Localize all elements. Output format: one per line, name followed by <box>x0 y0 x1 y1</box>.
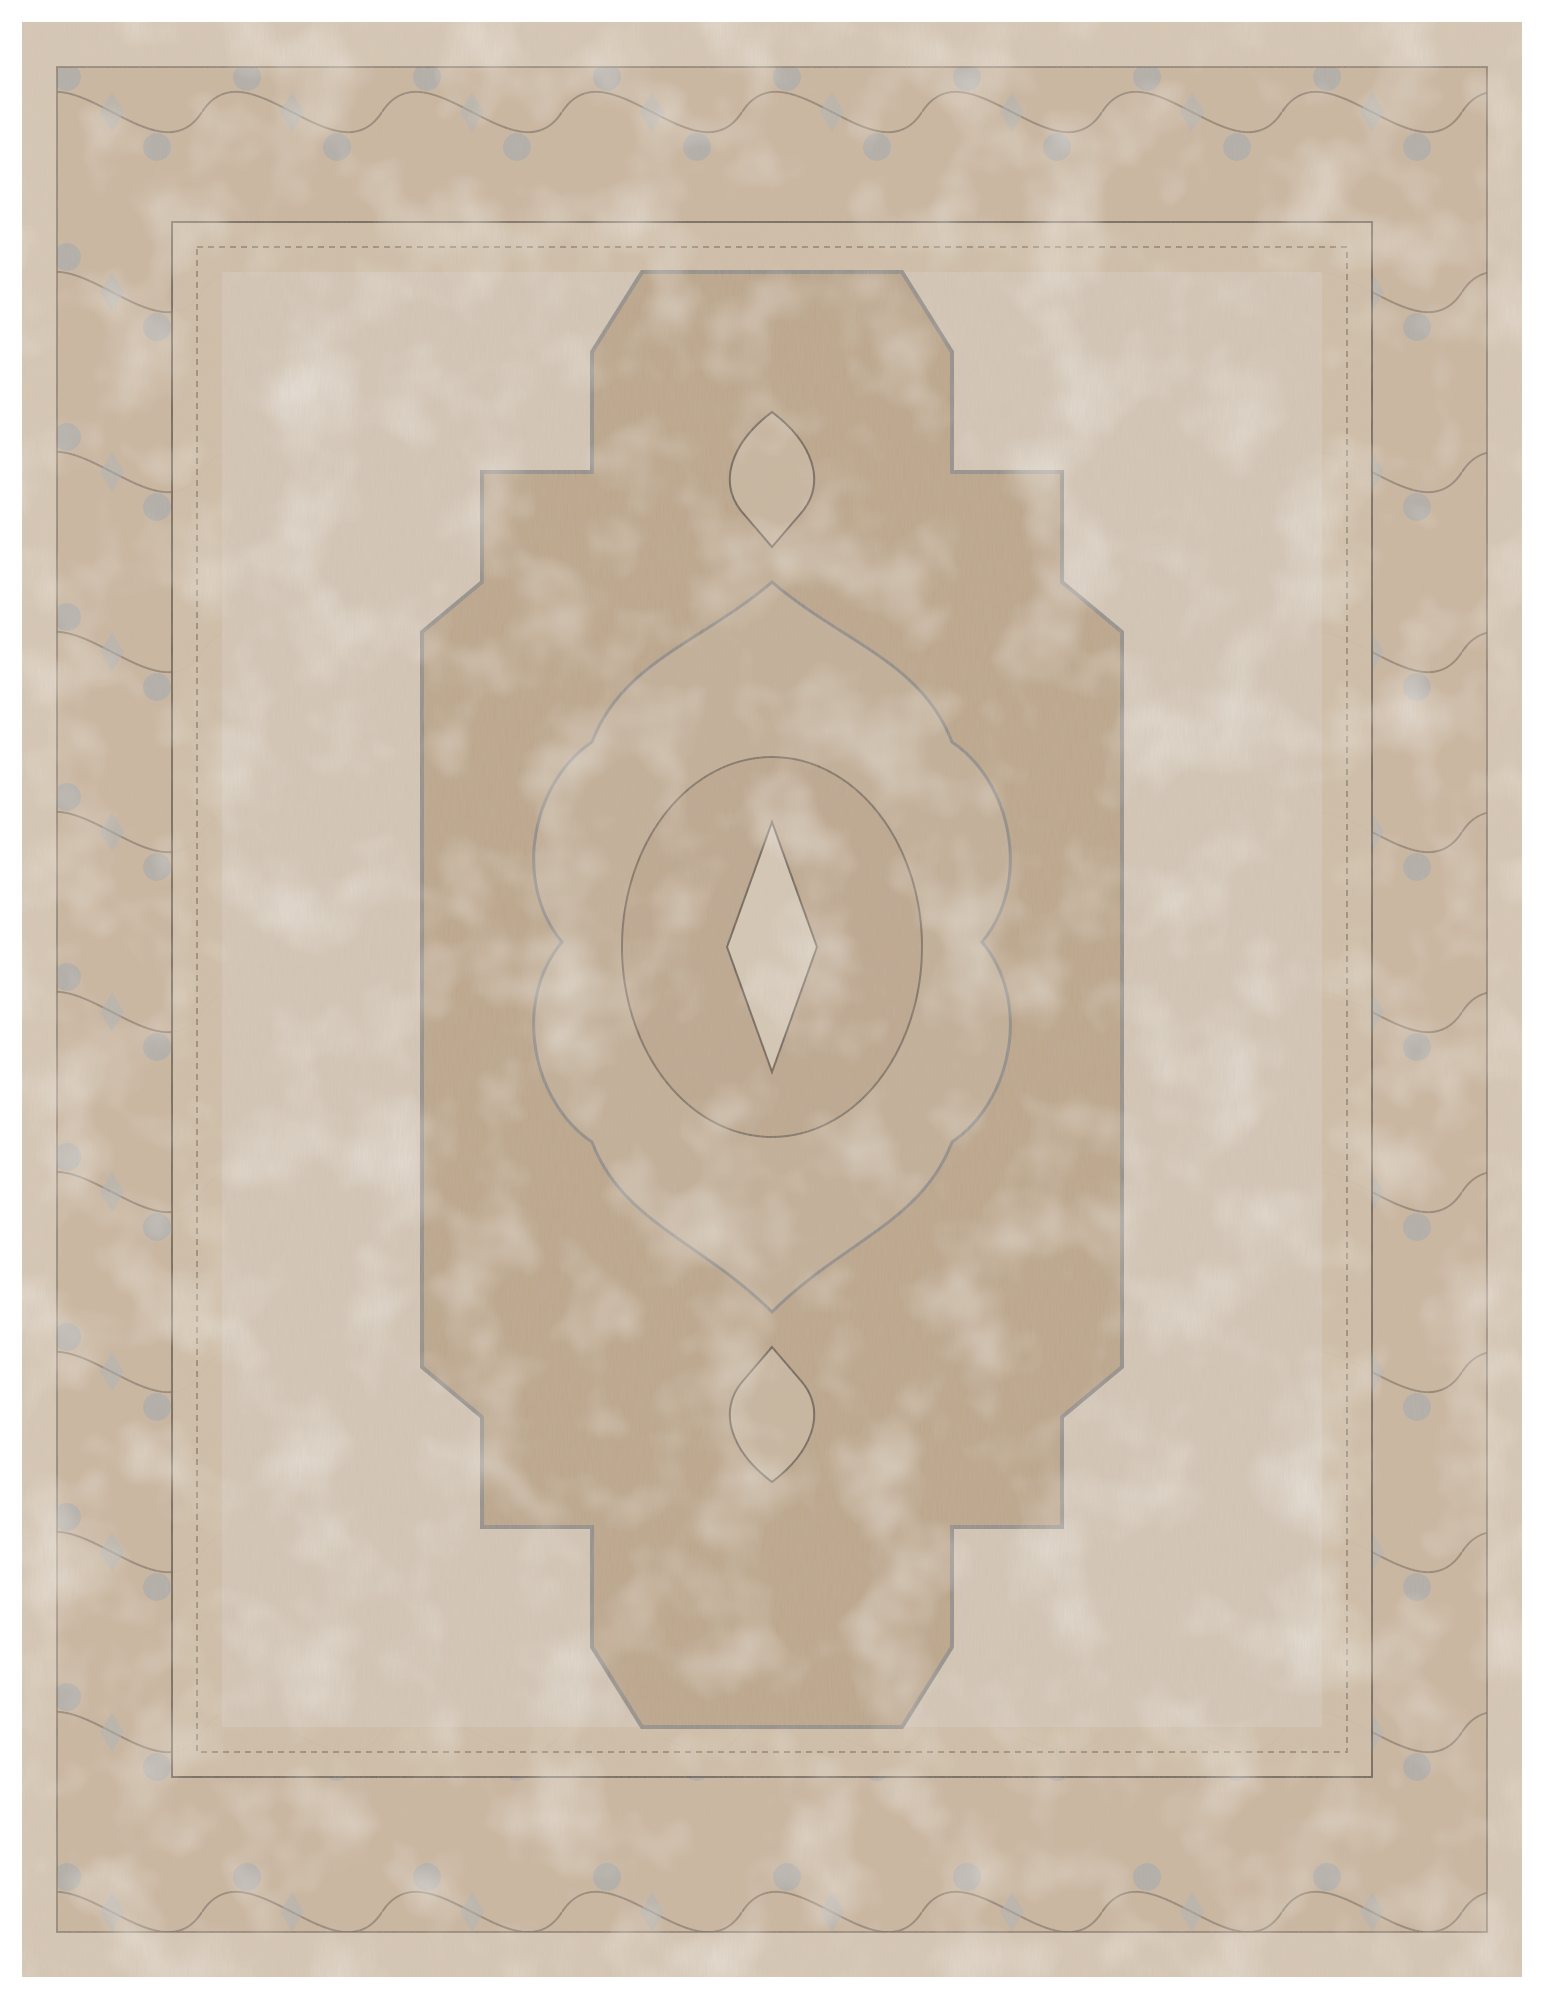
rug-pattern <box>22 22 1522 1977</box>
rug-photo <box>22 22 1522 1977</box>
